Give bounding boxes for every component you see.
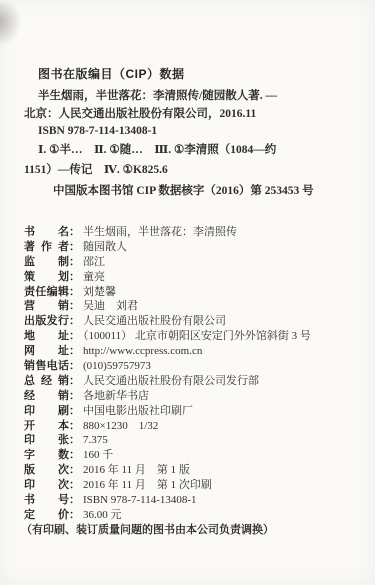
info-row-label: 销售电话 xyxy=(24,359,69,374)
cip-classification-line: Ⅰ. ①半… Ⅱ. ①随… Ⅲ. ①李清照（1084—约 xyxy=(24,141,364,161)
info-row-value: 邵江 xyxy=(83,256,105,268)
info-row-colon: ： xyxy=(69,434,80,446)
info-row-label: 定价 xyxy=(24,508,69,523)
info-row-colon: ： xyxy=(69,360,80,372)
info-row-value: 160 千 xyxy=(83,449,113,461)
info-row-label: 开本 xyxy=(24,419,69,434)
info-row-value: 36.00 元 xyxy=(83,509,122,521)
info-row-colon: ： xyxy=(69,375,80,387)
info-row-colon: ： xyxy=(69,345,80,357)
info-row-colon: ： xyxy=(69,390,80,402)
publication-info-table: 书名：半生烟雨，半世落花：李清照传 著作者：随园散人 监制：邵江 策划：童亮 责… xyxy=(24,225,364,523)
info-row-label: 网址 xyxy=(24,344,69,359)
info-row-value: 刘楚馨 xyxy=(83,286,116,298)
info-row-value: 2016 年 11 月 第 1 次印刷 xyxy=(83,479,212,491)
info-row-label: 版次 xyxy=(24,463,69,478)
info-row: 监制：邵江 xyxy=(24,255,364,270)
info-row-colon: ： xyxy=(69,241,80,253)
info-row-value: 人民交通出版社股份有限公司 xyxy=(83,315,226,327)
info-row-colon: ： xyxy=(69,449,80,461)
info-row-label: 监制 xyxy=(24,255,69,270)
cip-record-paragraph: 半生烟雨，半世落花：李清照传/随园散人著. — 北京：人民交通出版社股份有限公司… xyxy=(24,88,354,141)
info-row: 书号：ISBN 978-7-114-13408-1 xyxy=(24,493,364,508)
info-row-label: 总经销 xyxy=(24,374,69,389)
info-row-value: （100011） 北京市朝阳区安定门外外馆斜街 3 号 xyxy=(83,330,311,342)
info-row: 印次：2016 年 11 月 第 1 次印刷 xyxy=(24,478,364,493)
info-row-label: 印次 xyxy=(24,478,69,493)
info-row-label: 印张 xyxy=(24,433,69,448)
info-row-value: 人民交通出版社股份有限公司发行部 xyxy=(83,375,259,387)
info-row: 地址：（100011） 北京市朝阳区安定门外外馆斜街 3 号 xyxy=(24,329,364,344)
info-row: 营销：吴迪 刘君 xyxy=(24,299,364,314)
cip-classification-paragraph: Ⅰ. ①半… Ⅱ. ①随… Ⅲ. ①李清照（1084—约 1151）—传记 Ⅳ.… xyxy=(24,141,364,180)
info-row: 书名：半生烟雨，半世落花：李清照传 xyxy=(24,225,364,240)
info-row: 网址：http://www.ccpress.com.cn xyxy=(24,344,364,359)
info-row-label: 责任编辑 xyxy=(24,285,69,300)
info-row-label: 出版发行 xyxy=(24,314,69,329)
info-row-value: (010)59757973 xyxy=(83,360,151,372)
info-row: 定价：36.00 元 xyxy=(24,508,364,523)
info-row-label: 书名 xyxy=(24,225,69,240)
info-row-label: 书号 xyxy=(24,493,69,508)
info-row: 策划：童亮 xyxy=(24,270,364,285)
info-row-value: http://www.ccpress.com.cn xyxy=(83,345,202,357)
cip-record-number: 中国版本图书馆 CIP 数据核字（2016）第 253453 号 xyxy=(53,185,314,198)
info-row-label: 营销 xyxy=(24,299,69,314)
info-row: 著作者：随园散人 xyxy=(24,240,364,255)
info-row-colon: ： xyxy=(69,464,80,476)
info-row-value: 童亮 xyxy=(83,271,105,283)
info-row-value: 7.375 xyxy=(83,434,108,446)
info-row-value: 880×1230 1/32 xyxy=(83,420,158,432)
cip-block-title: 图书在版编目（CIP）数据 xyxy=(38,65,185,82)
info-row-colon: ： xyxy=(69,330,80,342)
info-row-value: 2016 年 11 月 第 1 版 xyxy=(83,464,190,476)
info-row-colon: ： xyxy=(69,315,80,327)
info-row-label: 著作者 xyxy=(24,240,69,255)
info-row: 印刷：中国电影出版社印刷厂 xyxy=(24,404,364,419)
info-row: 出版发行：人民交通出版社股份有限公司 xyxy=(24,314,364,329)
scan-artifact-smudge xyxy=(0,2,22,46)
info-row: 总经销：人民交通出版社股份有限公司发行部 xyxy=(24,374,364,389)
info-row-label: 字数 xyxy=(24,448,69,463)
info-row-colon: ： xyxy=(69,479,80,491)
info-row-colon: ： xyxy=(69,300,80,312)
info-row-colon: ： xyxy=(69,271,80,283)
info-row-colon: ： xyxy=(69,226,80,238)
info-row-value: 吴迪 刘君 xyxy=(83,300,138,312)
info-row-value: ISBN 978-7-114-13408-1 xyxy=(83,494,197,506)
info-row-colon: ： xyxy=(69,256,80,268)
info-row-colon: ： xyxy=(69,286,80,298)
cip-record-line: 北京：人民交通出版社股份有限公司，2016.11 xyxy=(24,106,354,124)
cip-record-line: 半生烟雨，半世落花：李清照传/随园散人著. — xyxy=(24,88,354,106)
info-row-value: 随园散人 xyxy=(83,241,127,253)
info-row: 经销：各地新华书店 xyxy=(24,389,364,404)
info-row-label: 地址 xyxy=(24,329,69,344)
info-row-label: 印刷 xyxy=(24,404,69,419)
info-row: 销售电话：(010)59757973 xyxy=(24,359,364,374)
info-row: 责任编辑：刘楚馨 xyxy=(24,285,364,300)
quality-exchange-note: （有印刷、装订质量问题的图书由本公司负责调换） xyxy=(21,523,274,538)
info-row-label: 策划 xyxy=(24,270,69,285)
info-row: 版次：2016 年 11 月 第 1 版 xyxy=(24,463,364,478)
info-row-value: 中国电影出版社印刷厂 xyxy=(83,405,193,417)
cip-isbn-line: ISBN 978-7-114-13408-1 xyxy=(24,123,354,141)
info-row-colon: ： xyxy=(69,494,80,506)
info-row-colon: ： xyxy=(69,405,80,417)
info-row-colon: ： xyxy=(69,509,80,521)
info-row-value: 半生烟雨，半世落花：李清照传 xyxy=(83,226,237,238)
info-row: 开本：880×1230 1/32 xyxy=(24,419,364,434)
info-row: 字数：160 千 xyxy=(24,448,364,463)
colophon-page: 图书在版编目（CIP）数据 半生烟雨，半世落花：李清照传/随园散人著. — 北京… xyxy=(0,0,375,585)
info-row-label: 经销 xyxy=(24,389,69,404)
info-row-colon: ： xyxy=(69,420,80,432)
cip-classification-line: 1151）—传记 Ⅳ. ①K825.6 xyxy=(24,161,364,181)
info-row: 印张：7.375 xyxy=(24,433,364,448)
info-row-value: 各地新华书店 xyxy=(83,390,149,402)
